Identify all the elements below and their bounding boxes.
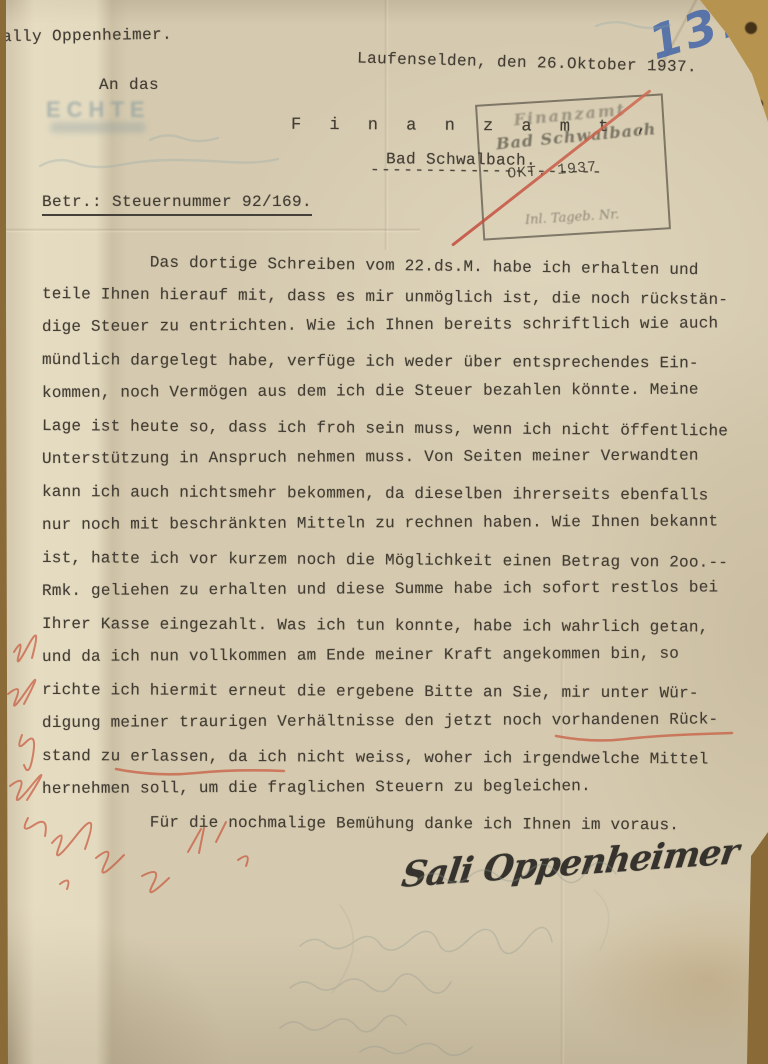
salutation: An das (99, 76, 159, 94)
letter-line: Rmk. geliehen zu erhalten und diese Summ… (42, 571, 757, 608)
horizontal-fold-crease (0, 228, 420, 233)
sender-name: Sally Oppenheimer. (0, 26, 172, 47)
ghost-imprint-smudge (50, 122, 146, 133)
letter-page: ECHTE Sally Oppenheimer. Laufenselden, d… (0, 0, 768, 1064)
letter-body: Das dortige Schreiben vom 22.ds.M. habe … (42, 245, 757, 839)
letter-line: kommen, noch Vermögen aus dem ich die St… (42, 373, 757, 410)
letter-line: dige Steuer zu entrichten. Wie ich Ihnen… (42, 307, 757, 344)
stamp-date: OKT. 1937 (507, 159, 598, 183)
date-line: Laufenselden, den 26.Oktober 1937. (357, 50, 697, 77)
subject-line: Betr.: Steuernummer 92/169. (42, 193, 312, 216)
letter-line: digung meiner traurigen Verhältnisse den… (42, 703, 757, 740)
letter-line: und da ich nun vollkommen am Ende meiner… (42, 637, 757, 674)
document-photo: ECHTE Sally Oppenheimer. Laufenselden, d… (0, 0, 768, 1064)
letter-line: Unterstützung in Anspruch nehmen muss. V… (42, 439, 757, 476)
ghost-imprint-text: ECHTE (46, 97, 151, 123)
receipt-stamp: Finanzamt Bad Schwalbach OKT. 1937 Inl. … (475, 93, 671, 240)
archive-page-number: 131 (647, 0, 756, 73)
letter-line: nur noch mit beschränkten Mitteln zu rec… (42, 505, 757, 542)
letter-line: hernehmen soll, um die fraglichen Steuer… (42, 769, 757, 806)
stamp-journal-number-label: Inl. Tageb. Nr. (484, 205, 661, 231)
